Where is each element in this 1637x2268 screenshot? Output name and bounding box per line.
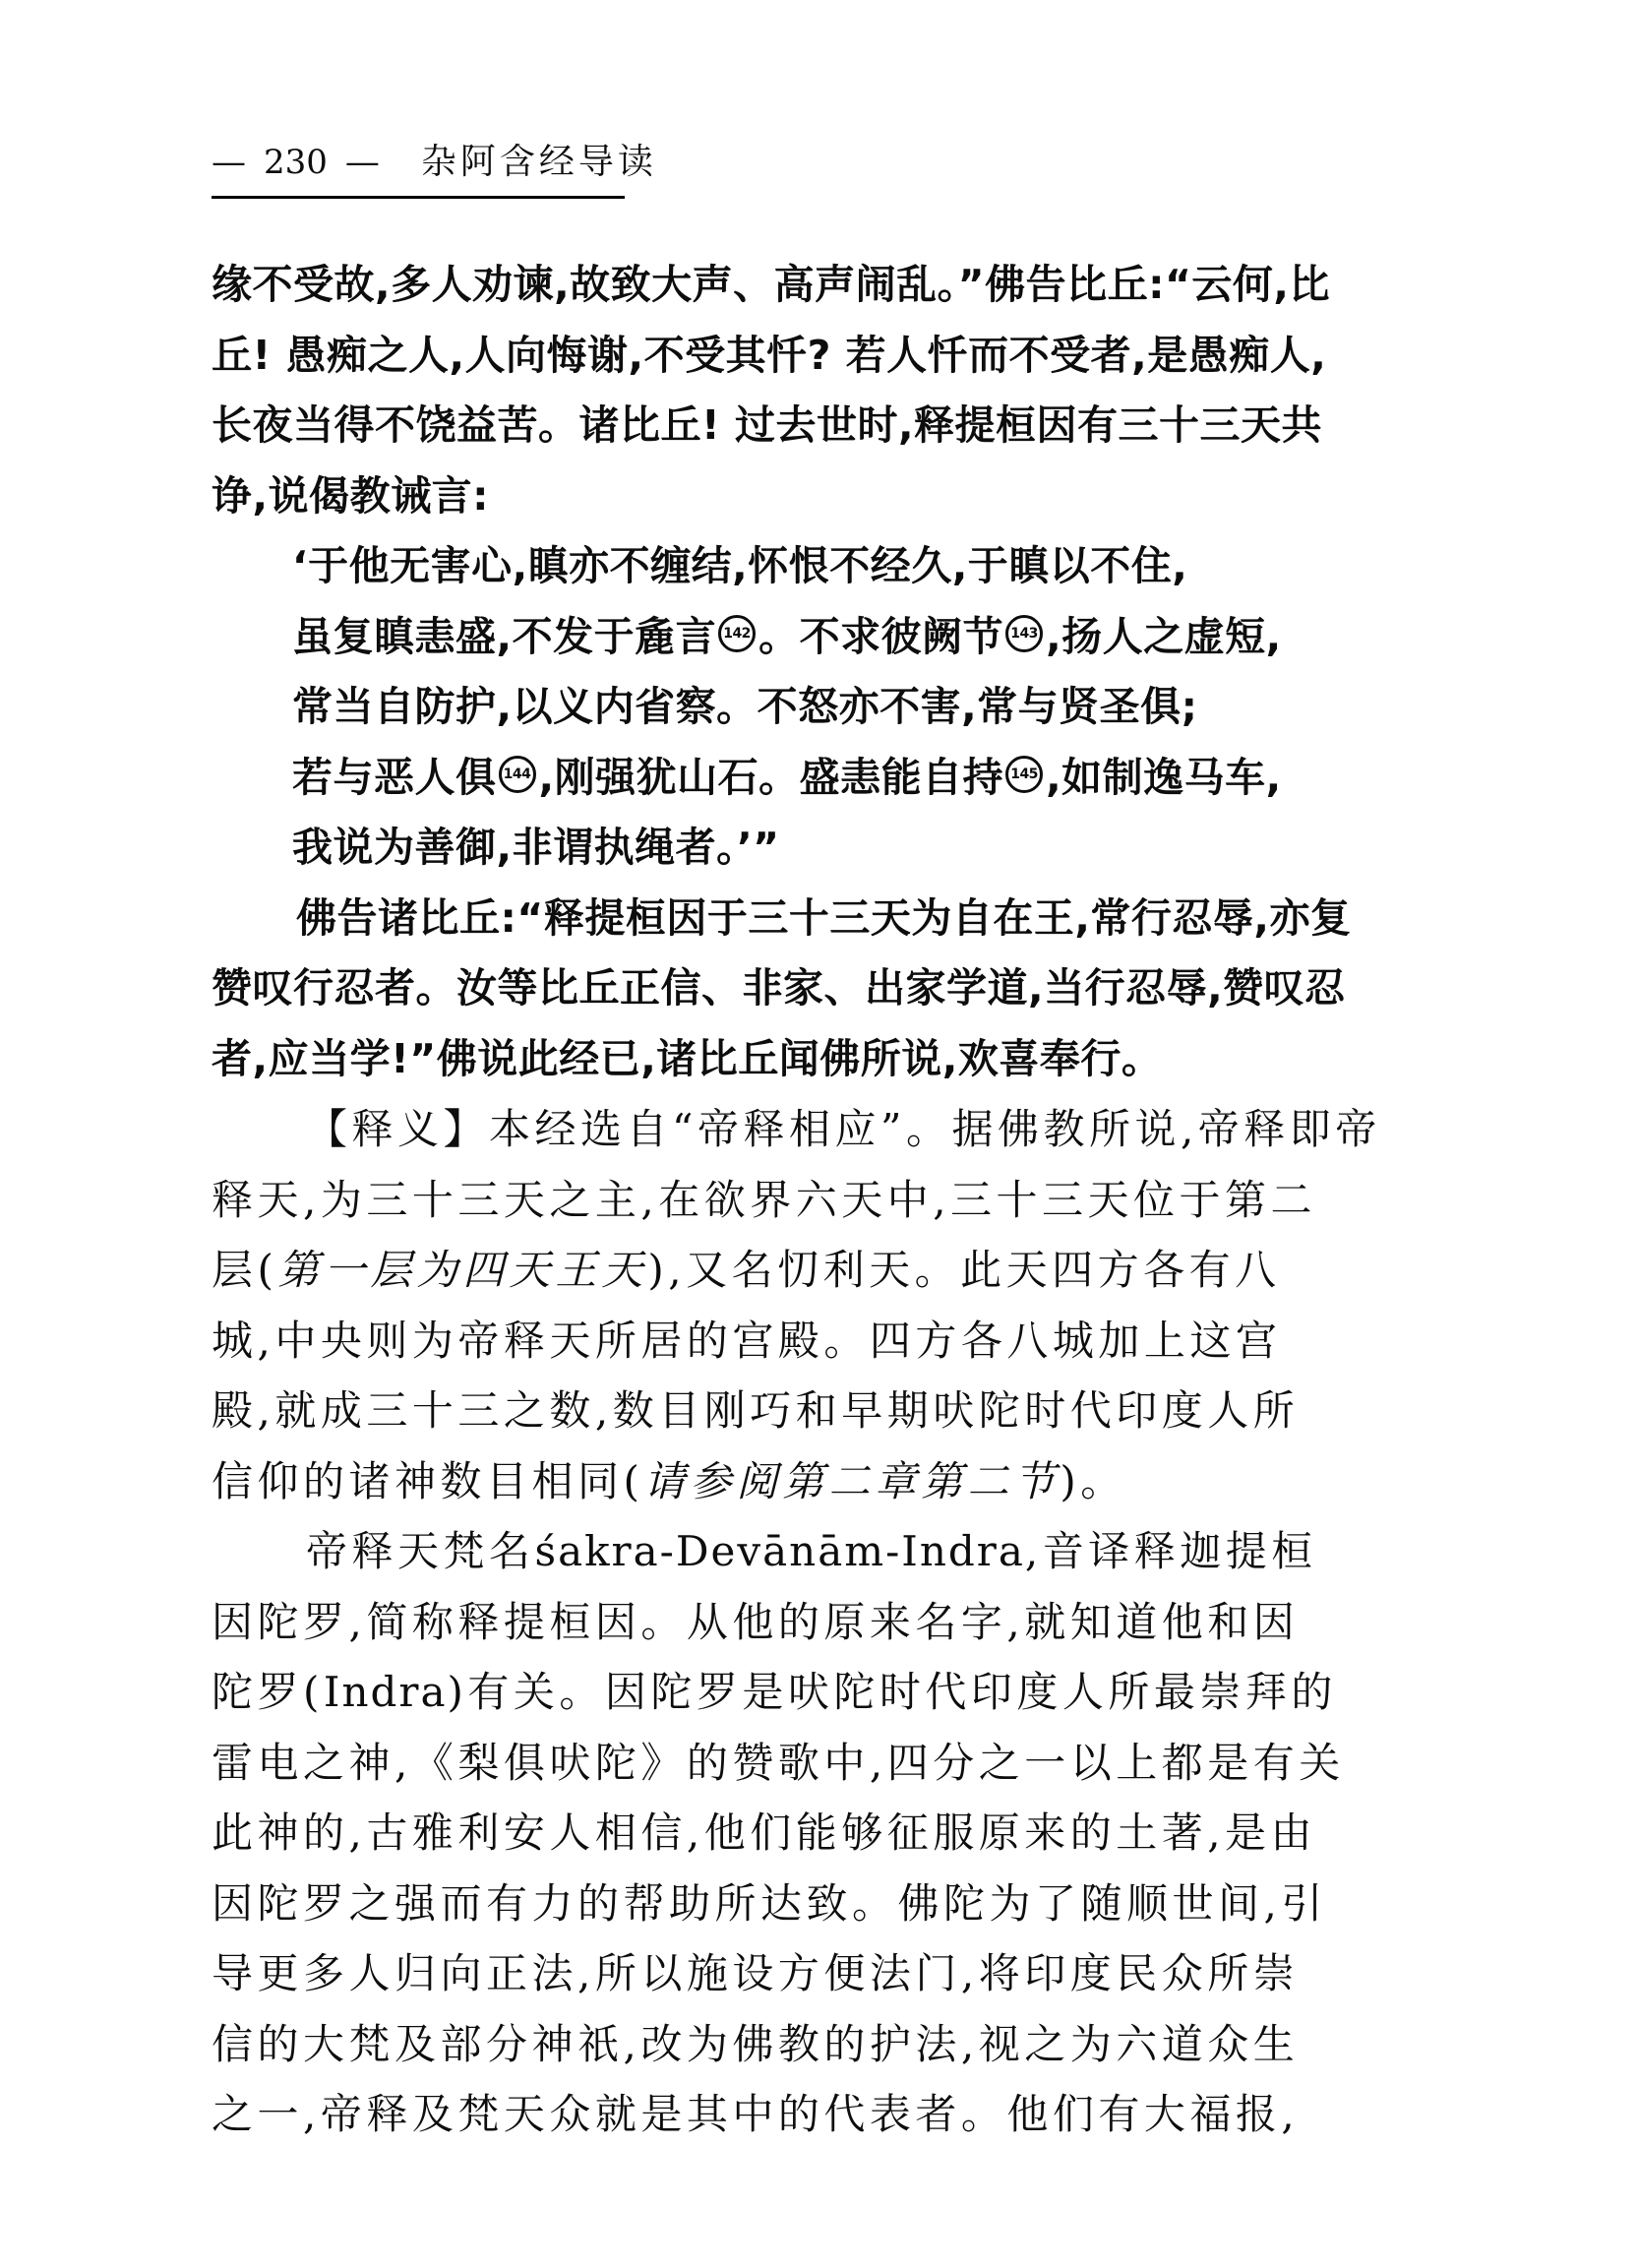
text-line: 赞叹行忍者。汝等比丘正信、非家、出家学道,当行忍辱,赞叹忍 (212, 953, 1430, 1024)
footnote-ref-badge: 144 (499, 756, 536, 793)
running-header: — 230 — 杂阿含经导读 (212, 134, 1426, 199)
footnote-ref-badge: 143 (1005, 615, 1043, 652)
text-segment: 陀罗( (212, 1668, 324, 1716)
page-number-marker: — 230 — (212, 143, 380, 182)
text-line: 陀罗(Indra)有关。因陀罗是吠陀时代印度人所最崇拜的 (212, 1657, 1430, 1728)
text-segment: 城,中央则为帝释天所居的宫殿。四方各八城加上这宫 (212, 1317, 1281, 1365)
text-segment: 因陀罗之强而有力的帮助所达致。佛陀为了随顺世间,引 (212, 1879, 1327, 1928)
text-line: 虽复瞋恚盛,不发于麁言142。不求彼阙节143,扬人之虚短, (212, 602, 1430, 673)
text-line: 帝释天梵名śakra-Devānām-Indra,音译释迦提桓 (212, 1516, 1430, 1587)
text-line: 长夜当得不饶益苦。诸比丘! 过去世时,释提桓因有三十三天共 (212, 391, 1430, 461)
text-line: 信的大梵及部分神祇,改为佛教的护法,视之为六道众生 (212, 2009, 1430, 2080)
text-segment: 缘不受故,多人劝谏,故致大声、高声闹乱。”佛告比丘:“云何,比 (212, 261, 1330, 308)
scanned-book-page: — 230 — 杂阿含经导读 缘不受故,多人劝谏,故致大声、高声闹乱。”佛告比丘… (0, 0, 1637, 2268)
text-line: 导更多人归向正法,所以施设方便法门,将印度民众所崇 (212, 1938, 1430, 2009)
text-segment: 长夜当得不饶益苦。诸比丘! 过去世时,释提桓因有三十三天共 (212, 401, 1322, 449)
text-segment: 佛告诸比丘:“释提桓因于三十三天为自在王,常行忍辱,亦复 (296, 894, 1352, 942)
header-row: — 230 — 杂阿含经导读 (212, 134, 1426, 184)
text-line: 雷电之神,《梨俱吠陀》的赞歌中,四分之一以上都是有关 (212, 1728, 1430, 1799)
text-line: 层(第一层为四天王天),又名忉利天。此天四方各有八 (212, 1235, 1430, 1306)
text-segment: ,音译释迦提桓 (1025, 1527, 1317, 1575)
text-line: 佛告诸比丘:“释提桓因于三十三天为自在王,常行忍辱,亦复 (212, 884, 1430, 954)
header-dash-left: — (212, 143, 246, 182)
book-title: 杂阿含经导读 (421, 134, 657, 184)
page-number: 230 (264, 143, 328, 182)
text-segment: 虽复瞋恚盛,不发于麁言 (292, 613, 716, 660)
text-segment: 帝释天梵名 (306, 1527, 535, 1575)
text-segment: 层( (212, 1246, 277, 1294)
text-segment: )。 (1060, 1457, 1125, 1505)
text-segment: )有关。因陀罗是吠陀时代印度人所最崇拜的 (448, 1668, 1337, 1716)
text-segment: 之一,帝释及梵天众就是其中的代表者。他们有大福报, (212, 2090, 1299, 2138)
text-segment: 殿,就成三十三之数,数目刚巧和早期吠陀时代印度人所 (212, 1386, 1299, 1435)
text-segment: 赞叹行忍者。汝等比丘正信、非家、出家学道,当行忍辱,赞叹忍 (212, 964, 1346, 1011)
text-line: 者,应当学!”佛说此经已,诸比丘闻佛所说,欢喜奉行。 (212, 1024, 1430, 1095)
page-body-text: 缘不受故,多人劝谏,故致大声、高声闹乱。”佛告比丘:“云何,比丘! 愚痴之人,人… (212, 250, 1430, 2150)
text-segment: 常当自防护,以义内省察。不怒亦不害,常与贤圣俱; (292, 683, 1198, 730)
text-line: ‘于他无害心,瞋亦不缠结,怀恨不经久,于瞋以不住, (212, 531, 1430, 602)
text-line: 城,中央则为帝释天所居的宫殿。四方各八城加上这宫 (212, 1306, 1430, 1377)
text-segment: ,扬人之虚短, (1046, 613, 1282, 660)
text-segment: śakra-Devānām-Indra (535, 1527, 1025, 1575)
text-line: 因陀罗之强而有力的帮助所达致。佛陀为了随顺世间,引 (212, 1869, 1430, 1939)
text-line: 若与恶人俱144,刚强犹山石。盛恚能自持145,如制逸马车, (212, 743, 1430, 814)
text-segment: ‘于他无害心,瞋亦不缠结,怀恨不经久,于瞋以不住, (292, 542, 1187, 589)
text-line: 常当自防护,以义内省察。不怒亦不害,常与贤圣俱; (212, 672, 1430, 743)
text-segment: ),又名忉利天。此天四方各有八 (647, 1246, 1280, 1294)
text-segment: 请参阅第二章第二节 (643, 1457, 1060, 1505)
text-segment: 信仰的诸神数目相同( (212, 1457, 643, 1505)
text-segment: 。不求彼阙节 (758, 613, 1003, 660)
text-line: 丘! 愚痴之人,人向悔谢,不受其忏? 若人忏而不受者,是愚痴人, (212, 321, 1430, 392)
text-segment: 【释义】本经选自“帝释相应”。据佛教所说,帝释即帝 (306, 1105, 1381, 1153)
text-line: 【释义】本经选自“帝释相应”。据佛教所说,帝释即帝 (212, 1094, 1430, 1165)
footnote-ref-badge: 145 (1005, 756, 1043, 793)
text-line: 因陀罗,简称释提桓因。从他的原来名字,就知道他和因 (212, 1587, 1430, 1658)
text-line: 之一,帝释及梵天众就是其中的代表者。他们有大福报, (212, 2079, 1430, 2150)
text-segment: 诤,说偈教诫言: (212, 472, 489, 520)
text-segment: 丘! 愚痴之人,人向悔谢,不受其忏? 若人忏而不受者,是愚痴人, (212, 332, 1326, 379)
footnote-ref-badge: 142 (718, 615, 756, 652)
text-segment: 若与恶人俱 (292, 754, 497, 801)
text-segment: 我说为善御,非谓执绳者。’” (292, 824, 780, 871)
text-segment: Indra (324, 1668, 448, 1716)
header-dash-right: — (345, 143, 380, 182)
text-line: 诤,说偈教诫言: (212, 461, 1430, 532)
text-segment: ,刚强犹山石。盛恚能自持 (539, 754, 1004, 801)
text-segment: 信的大梵及部分神祇,改为佛教的护法,视之为六道众生 (212, 2020, 1299, 2068)
text-segment: 雷电之神,《梨俱吠陀》的赞歌中,四分之一以上都是有关 (212, 1739, 1345, 1787)
text-segment: 导更多人归向正法,所以施设方便法门,将印度民众所崇 (212, 1949, 1299, 1997)
text-line: 释天,为三十三天之主,在欲界六天中,三十三天位于第二 (212, 1165, 1430, 1236)
text-line: 我说为善御,非谓执绳者。’” (212, 813, 1430, 884)
text-segment: 因陀罗,简称释提桓因。从他的原来名字,就知道他和因 (212, 1598, 1299, 1646)
text-line: 信仰的诸神数目相同(请参阅第二章第二节)。 (212, 1446, 1430, 1517)
text-line: 缘不受故,多人劝谏,故致大声、高声闹乱。”佛告比丘:“云何,比 (212, 250, 1430, 321)
text-segment: 此神的,古雅利安人相信,他们能够征服原来的土著,是由 (212, 1808, 1316, 1857)
text-segment: 者,应当学!”佛说此经已,诸比丘闻佛所说,欢喜奉行。 (212, 1035, 1162, 1082)
text-segment: 释天,为三十三天之主,在欲界六天中,三十三天位于第二 (212, 1176, 1316, 1224)
text-line: 殿,就成三十三之数,数目刚巧和早期吠陀时代印度人所 (212, 1376, 1430, 1446)
text-segment: ,如制逸马车, (1046, 754, 1282, 801)
header-underline (212, 196, 625, 199)
text-segment: 第一层为四天王天 (277, 1246, 647, 1294)
text-line: 此神的,古雅利安人相信,他们能够征服原来的土著,是由 (212, 1798, 1430, 1869)
